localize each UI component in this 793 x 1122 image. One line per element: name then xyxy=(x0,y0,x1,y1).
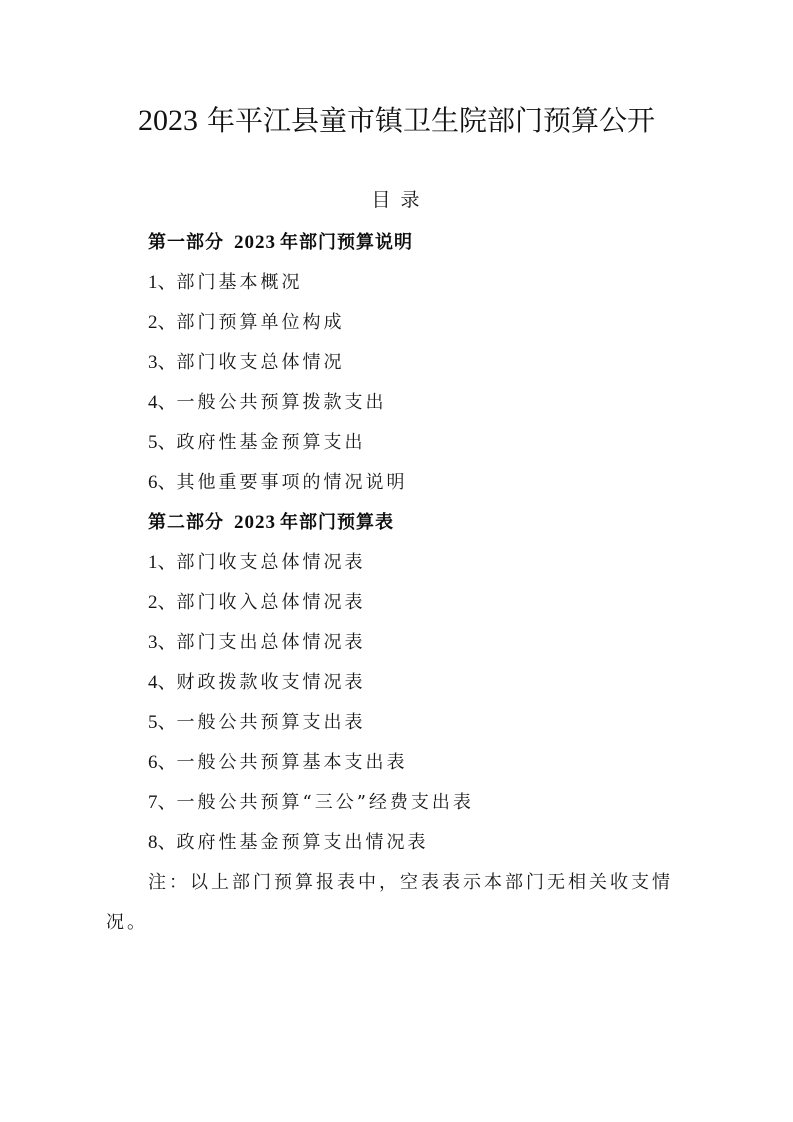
toc-item: 3、部门收支总体情况 xyxy=(148,350,345,376)
toc-item-label: 部门收入总体情况表 xyxy=(177,592,366,613)
part2-heading: 第二部分2023年部门预算表 xyxy=(148,510,394,536)
part1-year: 2023 xyxy=(234,232,276,253)
title-year: 2023 xyxy=(138,104,198,137)
toc-item-label: 政府性基金预算支出 xyxy=(177,432,366,453)
toc-item-number: 4、 xyxy=(148,392,177,413)
toc-item: 6、一般公共预算基本支出表 xyxy=(148,750,408,776)
toc-item-number: 2、 xyxy=(148,592,177,613)
toc-item-number: 6、 xyxy=(148,472,177,493)
toc-item-label: 其他重要事项的情况说明 xyxy=(177,472,408,493)
document-page: 2023 年平江县童市镇卫生院部门预算公开 目录 第一部分2023年部门预算说明… xyxy=(0,0,793,1122)
toc-item-label: 一般公共预算“三公”经费支出表 xyxy=(177,792,474,813)
toc-item: 5、政府性基金预算支出 xyxy=(148,430,366,456)
note-line-1: 注：以上部门预算报表中，空表表示本部门无相关收支情 xyxy=(148,870,673,896)
note-line-2: 况。 xyxy=(106,910,148,936)
title-text: 年平江县童市镇卫生院部门预算公开 xyxy=(207,104,655,137)
toc-heading: 目录 xyxy=(0,186,793,214)
toc-item: 8、政府性基金预算支出情况表 xyxy=(148,830,429,856)
toc-item: 6、其他重要事项的情况说明 xyxy=(148,470,408,496)
toc-item: 1、部门基本概况 xyxy=(148,270,303,296)
toc-item-label: 一般公共预算拨款支出 xyxy=(177,392,387,413)
part2-suffix: 年部门预算表 xyxy=(280,512,394,533)
toc-item-number: 4、 xyxy=(148,672,177,693)
toc-item-number: 5、 xyxy=(148,712,177,733)
toc-item: 7、一般公共预算“三公”经费支出表 xyxy=(148,790,474,816)
toc-item: 2、部门预算单位构成 xyxy=(148,310,345,336)
part1-prefix: 第一部分 xyxy=(148,232,224,253)
toc-item-number: 7、 xyxy=(148,792,177,813)
toc-item: 2、部门收入总体情况表 xyxy=(148,590,366,616)
toc-item: 4、一般公共预算拨款支出 xyxy=(148,390,387,416)
toc-item: 3、部门支出总体情况表 xyxy=(148,630,366,656)
toc-item-label: 财政拨款收支情况表 xyxy=(177,672,366,693)
part1-suffix: 年部门预算说明 xyxy=(280,232,413,253)
part2-prefix: 第二部分 xyxy=(148,512,224,533)
part2-year: 2023 xyxy=(234,512,276,533)
toc-item-number: 8、 xyxy=(148,832,177,853)
toc-item-label: 部门收支总体情况表 xyxy=(177,552,366,573)
toc-item-number: 3、 xyxy=(148,632,177,653)
part1-heading: 第一部分2023年部门预算说明 xyxy=(148,230,413,256)
toc-item-number: 1、 xyxy=(148,552,177,573)
toc-item-label: 一般公共预算支出表 xyxy=(177,712,366,733)
toc-item: 5、一般公共预算支出表 xyxy=(148,710,366,736)
toc-item-number: 3、 xyxy=(148,352,177,373)
toc-item-label: 部门基本概况 xyxy=(177,272,303,293)
toc-item-number: 2、 xyxy=(148,312,177,333)
toc-item: 4、财政拨款收支情况表 xyxy=(148,670,366,696)
toc-item-label: 部门支出总体情况表 xyxy=(177,632,366,653)
toc-item-label: 部门收支总体情况 xyxy=(177,352,345,373)
toc-item-number: 1、 xyxy=(148,272,177,293)
toc-item: 1、部门收支总体情况表 xyxy=(148,550,366,576)
toc-item-label: 政府性基金预算支出情况表 xyxy=(177,832,429,853)
toc-item-number: 5、 xyxy=(148,432,177,453)
toc-item-label: 部门预算单位构成 xyxy=(177,312,345,333)
toc-item-label: 一般公共预算基本支出表 xyxy=(177,752,408,773)
page-title: 2023 年平江县童市镇卫生院部门预算公开 xyxy=(0,101,793,141)
toc-item-number: 6、 xyxy=(148,752,177,773)
